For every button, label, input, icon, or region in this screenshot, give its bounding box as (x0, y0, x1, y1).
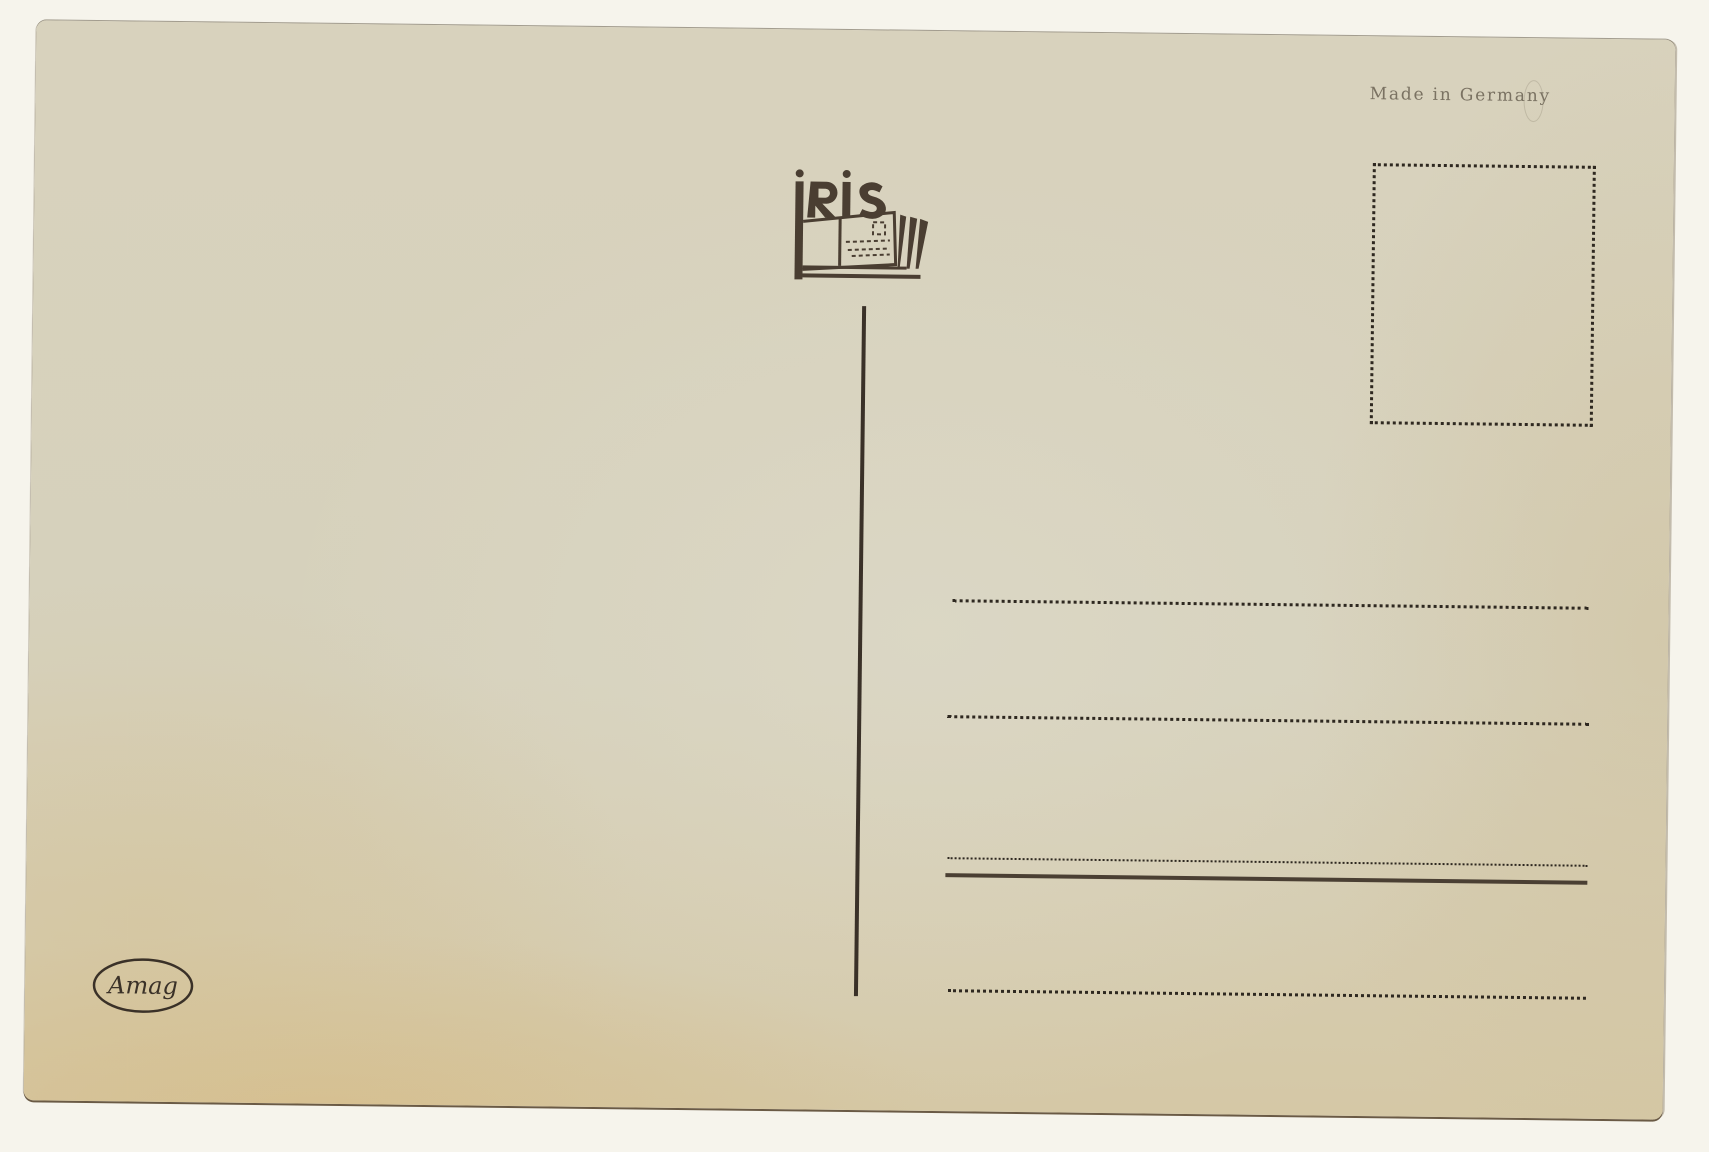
iris-publisher-logo (789, 165, 938, 287)
vertical-divider (854, 306, 866, 996)
address-line-4 (948, 989, 1586, 1000)
made-in-label: Made in Germany (1370, 84, 1551, 106)
amag-maker-logo: Amag (91, 955, 196, 1016)
address-line-1 (953, 599, 1589, 610)
postcard-back: Made in Germany (24, 20, 1676, 1119)
address-line-2 (947, 715, 1589, 726)
address-line-3 (948, 857, 1588, 867)
svg-text:Amag: Amag (106, 971, 178, 1000)
stamp-box (1370, 163, 1596, 427)
address-line-underline (945, 873, 1587, 885)
